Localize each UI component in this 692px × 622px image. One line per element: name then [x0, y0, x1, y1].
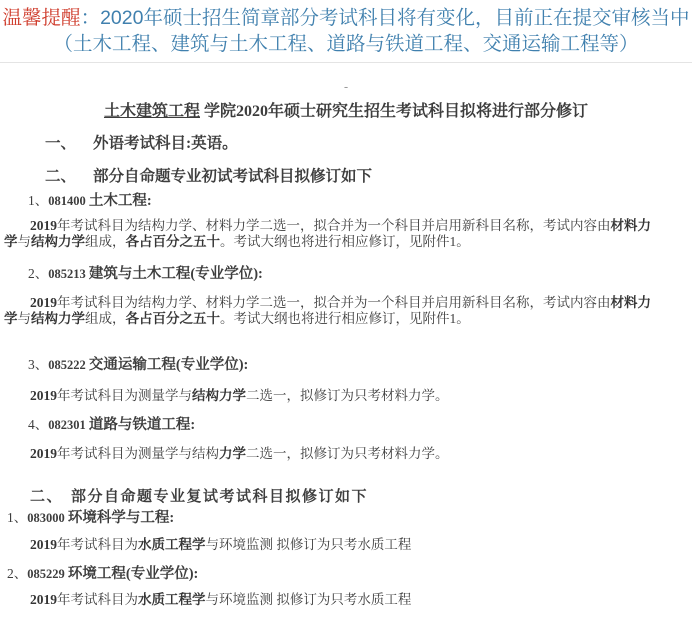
item-heading: 1、081400 土木工程:: [28, 192, 152, 210]
item-code: 083000: [27, 511, 68, 525]
para-segment: 组成，: [85, 234, 126, 249]
para-segment: 2019: [30, 592, 57, 607]
para-segment: 2019: [30, 218, 57, 233]
para-segment: 与: [18, 234, 32, 249]
item-paragraph: 2019年考试科目为结构力学、材料力学二选一，拟合并为一个科目并启用新科目名称，…: [4, 295, 652, 326]
item-number: 2、: [28, 266, 48, 281]
para-segment: 二选一，拟修订为只考材料力学。: [246, 388, 449, 403]
section-text: 外语考试科目:英语。: [93, 135, 238, 152]
para-segment: 2019: [30, 388, 57, 403]
item-paragraph: 2019年考试科目为水质工程学与环境监测 拟修订为只考水质工程: [4, 592, 652, 608]
section-number: 一、: [45, 134, 93, 154]
para-segment: 年考试科目为测量学与: [57, 388, 192, 403]
notice-line2: （土木工程、建筑与土木工程、道路与铁道工程、交通运输工程等）: [0, 31, 692, 57]
section-text: 部分自命题专业复试考试科目拟修订如下: [71, 489, 368, 505]
item-name: 土木工程:: [89, 193, 152, 209]
para-segment: 。考试大纲也将进行相应修订，见附件1。: [220, 234, 470, 249]
para-segment: 年考试科目为结构力学、材料力学二选一，拟合并为一个科目并启用新科目名称，考试内容…: [57, 218, 611, 233]
item-number: 3、: [28, 357, 48, 372]
page: 温馨提醒：2020年硕士招生简章部分考试科目将有变化，目前正在提交审核当中 （土…: [0, 0, 692, 622]
item-code: 085222: [48, 358, 89, 372]
item-name: 交通运输工程(专业学位):: [89, 357, 249, 373]
para-segment: 结构力学: [192, 388, 246, 403]
section-foreign-language: 一、外语考试科目:英语。: [45, 134, 238, 154]
item-name: 环境科学与工程:: [68, 510, 174, 526]
para-segment: 组成，: [85, 311, 126, 326]
separator-dash: -: [0, 80, 692, 93]
para-segment: 与环境监测 拟修订为只考水质工程: [206, 537, 412, 552]
item-code: 085229: [27, 567, 68, 581]
para-segment: 与环境监测 拟修订为只考水质工程: [206, 592, 412, 607]
para-segment: 2019: [30, 537, 57, 552]
para-segment: 结构力学: [31, 234, 85, 249]
item-paragraph: 2019年考试科目为测量学与结构力学二选一，拟修订为只考材料力学。: [4, 388, 652, 404]
para-segment: 与: [18, 311, 32, 326]
para-segment: 力学: [219, 446, 246, 461]
item-paragraph: 2019年考试科目为测量学与结构力学二选一，拟修订为只考材料力学。: [4, 446, 652, 462]
para-segment: 水质工程学: [138, 537, 206, 552]
item-name: 建筑与土木工程(专业学位):: [89, 266, 263, 282]
item-name: 环境工程(专业学位):: [68, 566, 199, 582]
para-segment: 年考试科目为: [57, 537, 138, 552]
para-segment: 结构力学: [31, 311, 85, 326]
para-segment: 二选一，拟修订为只考材料力学。: [246, 446, 449, 461]
notice-banner: 温馨提醒：2020年硕士招生简章部分考试科目将有变化，目前正在提交审核当中 （土…: [0, 5, 692, 57]
section-number: 二、: [45, 167, 93, 187]
title-underlined: 土木建筑工程: [104, 103, 200, 120]
para-segment: 年考试科目为测量学与结构: [57, 446, 219, 461]
para-segment: 年考试科目为结构力学、材料力学二选一，拟合并为一个科目并启用新科目名称，考试内容…: [57, 295, 611, 310]
item-number: 4、: [28, 417, 48, 432]
item-heading: 1、083000 环境科学与工程:: [7, 509, 174, 527]
para-segment: 2019: [30, 446, 57, 461]
para-segment: 各占百分之五十: [126, 311, 221, 326]
para-segment: 水质工程学: [138, 592, 206, 607]
item-heading: 4、082301 道路与铁道工程:: [28, 416, 195, 434]
item-number: 2、: [7, 566, 27, 581]
item-number: 1、: [28, 193, 48, 208]
section-initial-exam: 二、部分自命题专业初试考试科目拟修订如下: [45, 167, 372, 187]
item-heading: 2、085213 建筑与土木工程(专业学位):: [28, 265, 263, 283]
notice-text: ：2020年硕士招生简章部分考试科目将有变化，目前正在提交审核当中: [81, 7, 690, 29]
item-heading: 2、085229 环境工程(专业学位):: [7, 565, 198, 583]
item-number: 1、: [7, 510, 27, 525]
section-number: 二、: [30, 487, 63, 507]
item-code: 085213: [48, 267, 89, 281]
item-code: 081400: [48, 194, 89, 208]
para-segment: 年考试科目为: [57, 592, 138, 607]
title-rest: 学院2020年硕士研究生招生考试科目拟将进行部分修订: [200, 103, 588, 120]
item-code: 082301: [48, 418, 89, 432]
item-paragraph: 2019年考试科目为水质工程学与环境监测 拟修订为只考水质工程: [4, 537, 652, 553]
item-paragraph: 2019年考试科目为结构力学、材料力学二选一，拟合并为一个科目并启用新科目名称，…: [4, 218, 652, 249]
document-title: 土木建筑工程 学院2020年硕士研究生招生考试科目拟将进行部分修订: [0, 101, 692, 122]
para-segment: 各占百分之五十: [126, 234, 221, 249]
section-text: 部分自命题专业初试考试科目拟修订如下: [93, 168, 372, 185]
notice-highlight: 温馨提醒: [3, 7, 81, 29]
item-heading: 3、085222 交通运输工程(专业学位):: [28, 356, 248, 374]
para-segment: 2019: [30, 295, 57, 310]
section-retest-exam: 二、部分自命题专业复试考试科目拟修订如下: [30, 487, 368, 507]
notice-line1: 温馨提醒：2020年硕士招生简章部分考试科目将有变化，目前正在提交审核当中: [0, 5, 692, 31]
divider: [0, 62, 692, 63]
item-name: 道路与铁道工程:: [89, 417, 195, 433]
para-segment: 。考试大纲也将进行相应修订，见附件1。: [220, 311, 470, 326]
